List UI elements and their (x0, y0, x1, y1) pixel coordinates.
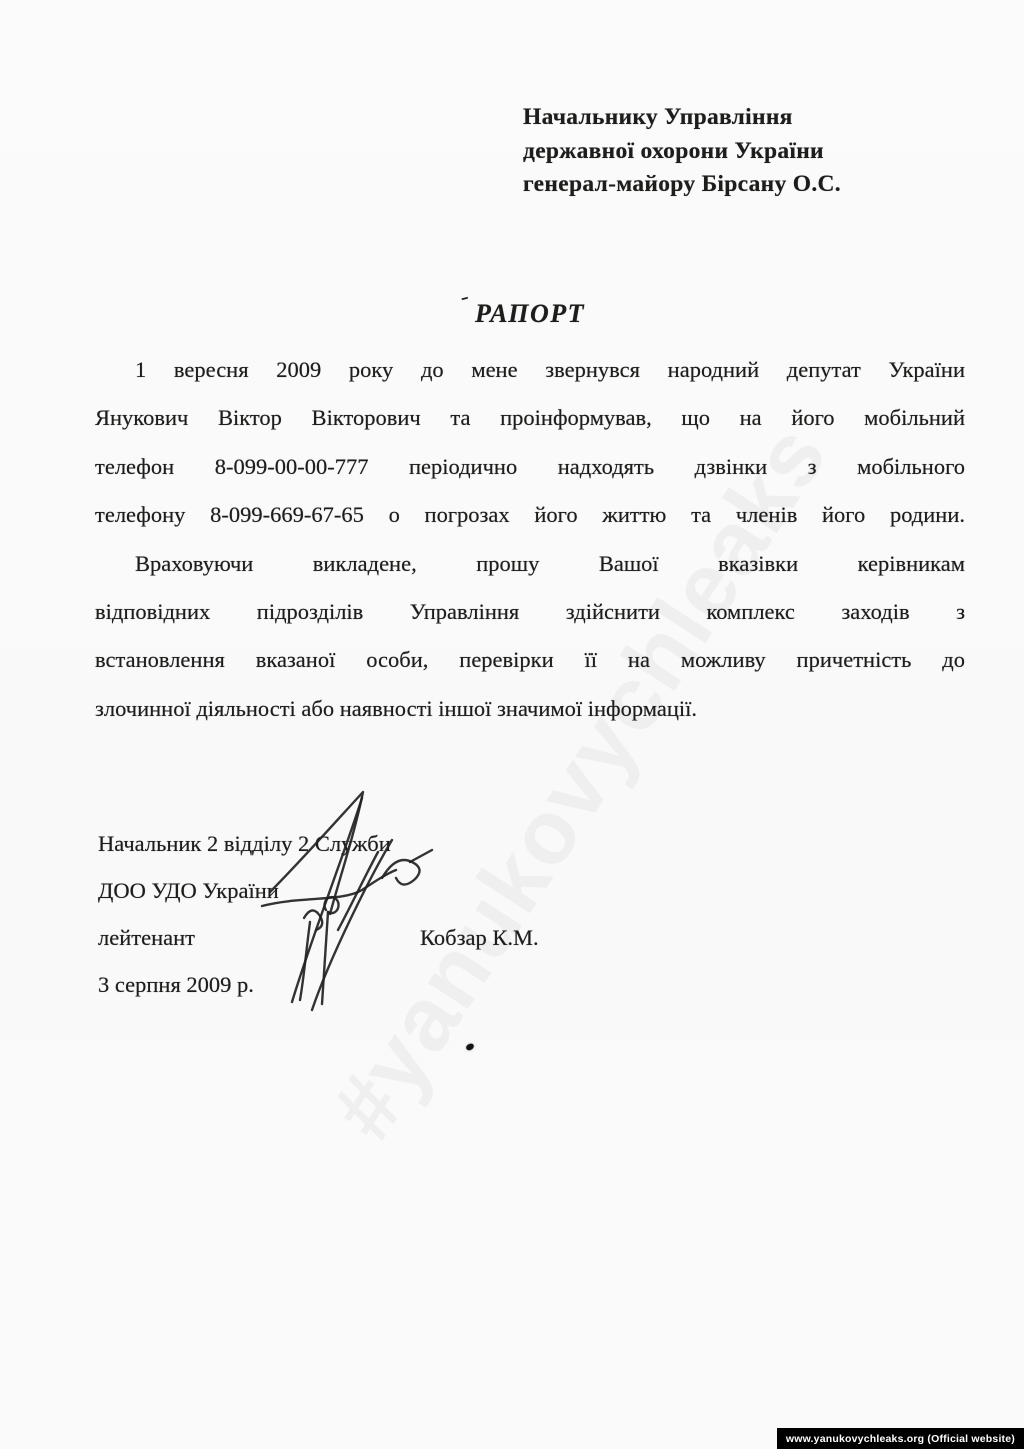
document-title: ˉ РАПОРТ (95, 299, 965, 329)
source-badge: www.yanukovychleaks.org (Official websit… (777, 1428, 1024, 1449)
handwritten-signature-icon (250, 782, 530, 1017)
body-line: Враховуючи викладене, прошу Вашої вказів… (95, 540, 965, 588)
report-body: 1 вересня 2009 року до мене звернувся на… (95, 346, 965, 733)
title-stray-mark: ˉ (460, 293, 472, 317)
ink-speck (465, 1043, 475, 1051)
scanned-document-page: #yanukovychleaks Начальнику Управління д… (0, 0, 1024, 1449)
body-line: телефону 8-099-669-67-65 о погрозах його… (95, 491, 965, 539)
signer-rank: лейтенант (98, 925, 195, 950)
body-line: злочинної діяльності або наявності іншої… (95, 685, 965, 733)
body-line: телефон 8-099-00-00-777 періодично надхо… (95, 443, 965, 491)
body-line: Янукович Віктор Вікторович та проінформу… (95, 394, 965, 442)
document-title-text: РАПОРТ (475, 299, 585, 328)
recipient-block: Начальнику Управління державної охорони … (523, 101, 923, 202)
body-line: відповідних підрозділів Управління здійс… (95, 588, 965, 636)
recipient-line: Начальнику Управління (523, 101, 923, 135)
recipient-line: генерал-майору Бірсану О.С. (523, 168, 923, 202)
recipient-line: державної охорони України (523, 135, 923, 169)
body-line: 1 вересня 2009 року до мене звернувся на… (95, 346, 965, 394)
body-line: встановлення вказаної особи, перевірки ї… (95, 636, 965, 684)
